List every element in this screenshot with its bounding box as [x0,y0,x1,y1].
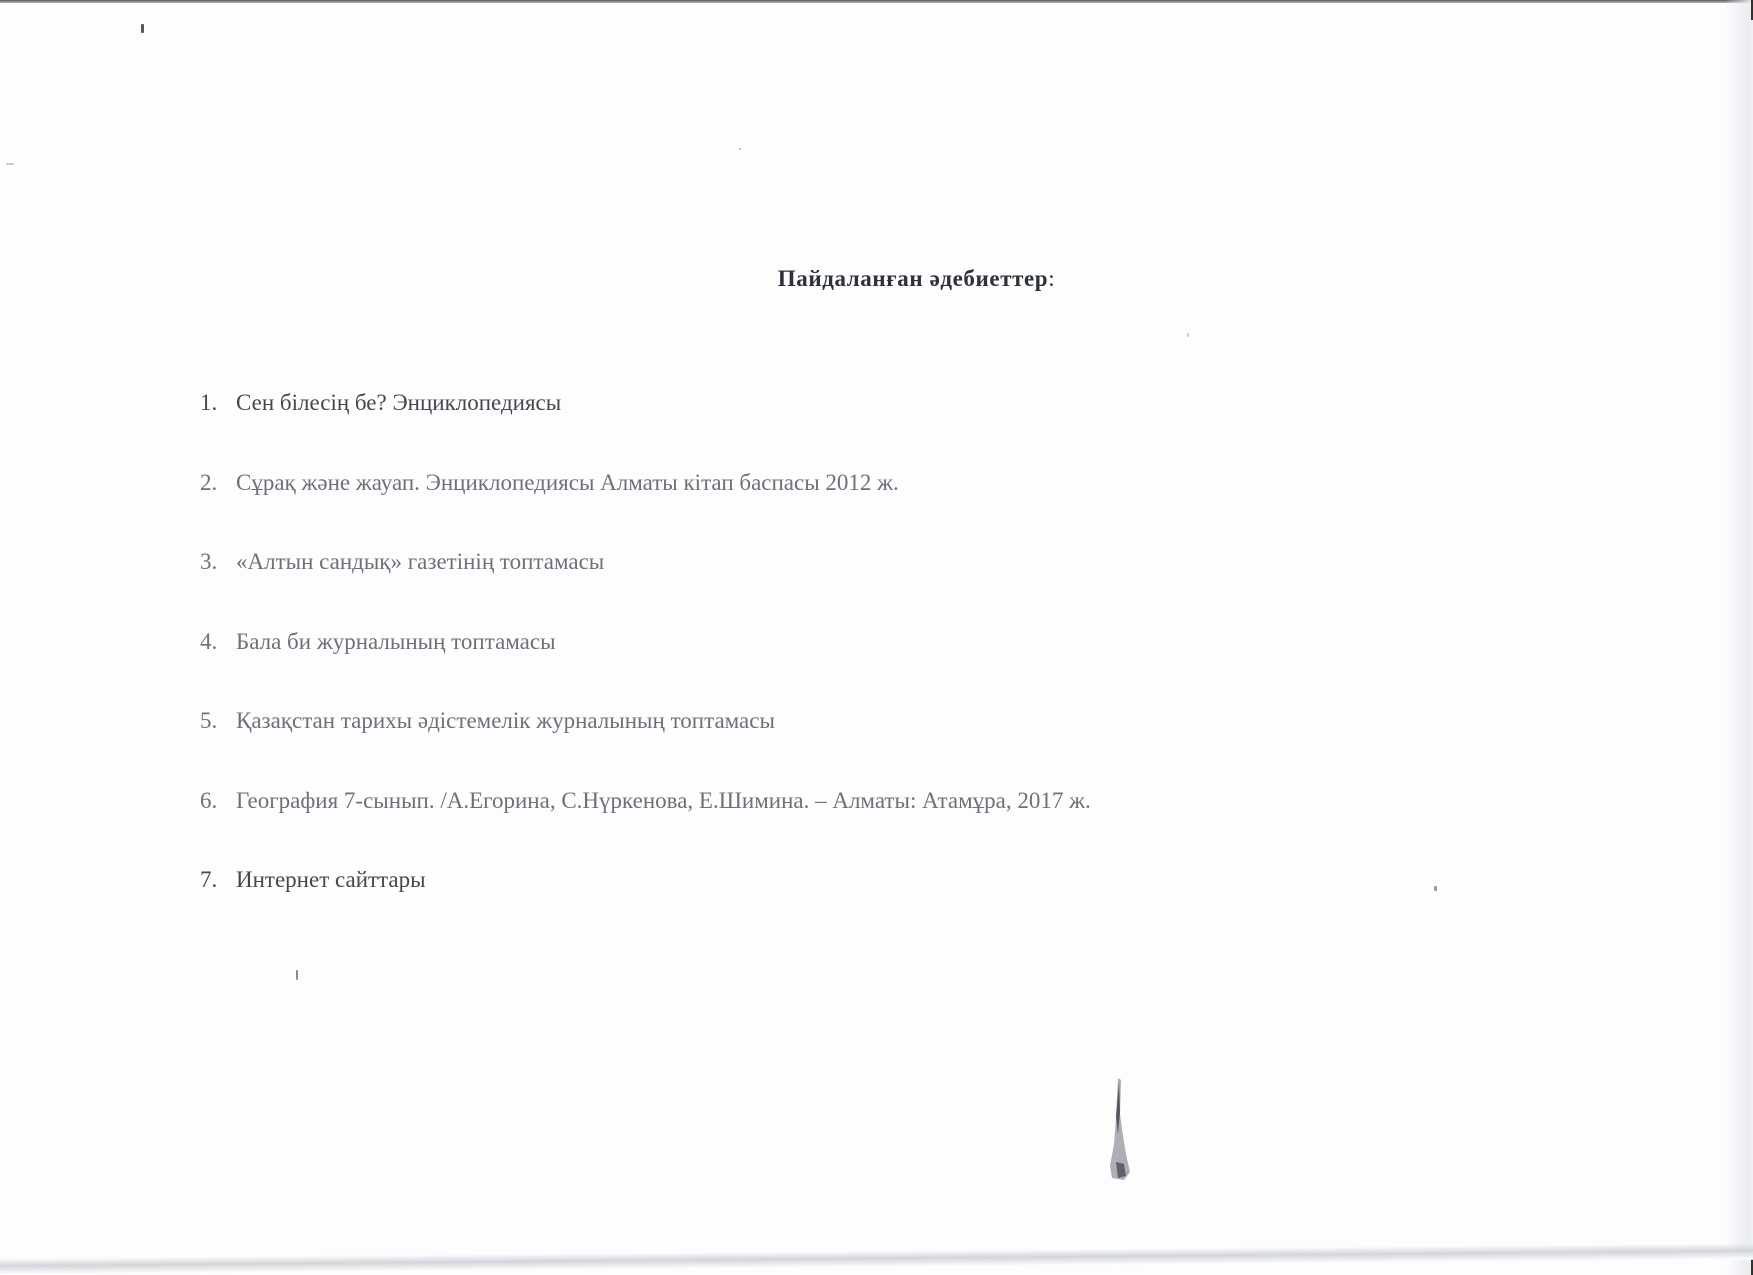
reference-text: Сен білесің бе? Энциклопедиясы [236,390,561,415]
page-title: Пайдаланған әдебиеттер: [0,266,1753,292]
scanned-page: Пайдаланған әдебиеттер: 1.Сен білесің бе… [0,0,1753,1275]
title-colon: : [1048,266,1055,291]
scan-speck [739,148,741,150]
reference-text: География 7-сынып. /А.Егорина, С.Нүркено… [236,788,1091,813]
scan-speck [1434,886,1437,891]
scan-speck [141,24,144,33]
reference-text: «Алтын сандық» газетінің топтамасы [236,549,604,574]
scan-speck [6,163,14,165]
reference-text: Бала би журналының топтамасы [236,629,556,654]
scan-speck [1187,333,1189,337]
reference-number: 6. [200,786,236,816]
scan-speck [296,970,298,980]
reference-text: Интернет сайттары [236,867,426,892]
reference-number: 7. [200,865,236,895]
ink-smudge-mark [1104,1074,1134,1184]
reference-text: Сұрақ және жауап. Энциклопедиясы Алматы … [236,470,899,495]
reference-item: 3.«Алтын сандық» газетінің топтамасы [200,547,1091,627]
reference-item: 4.Бала би журналының топтамасы [200,627,1091,707]
reference-text: Қазақстан тарихы әдістемелік журналының … [236,708,775,733]
reference-number: 4. [200,627,236,657]
reference-item: 5.Қазақстан тарихы әдістемелік журналыны… [200,706,1091,786]
scan-edge-right [1725,0,1753,1275]
reference-number: 2. [200,468,236,498]
reference-item: 6.География 7-сынып. /А.Егорина, С.Нүрке… [200,786,1091,866]
reference-number: 3. [200,547,236,577]
scan-edge-top [0,0,1753,3]
title-text: Пайдаланған әдебиеттер [778,266,1048,291]
reference-list: 1.Сен білесің бе? Энциклопедиясы 2.Сұрақ… [200,388,1091,945]
scan-edge-bottom [0,1230,1753,1275]
reference-number: 1. [200,388,236,418]
reference-item: 2.Сұрақ және жауап. Энциклопедиясы Алмат… [200,468,1091,548]
reference-item: 1.Сен білесің бе? Энциклопедиясы [200,388,1091,468]
reference-number: 5. [200,706,236,736]
reference-item: 7.Интернет сайттары [200,865,1091,945]
